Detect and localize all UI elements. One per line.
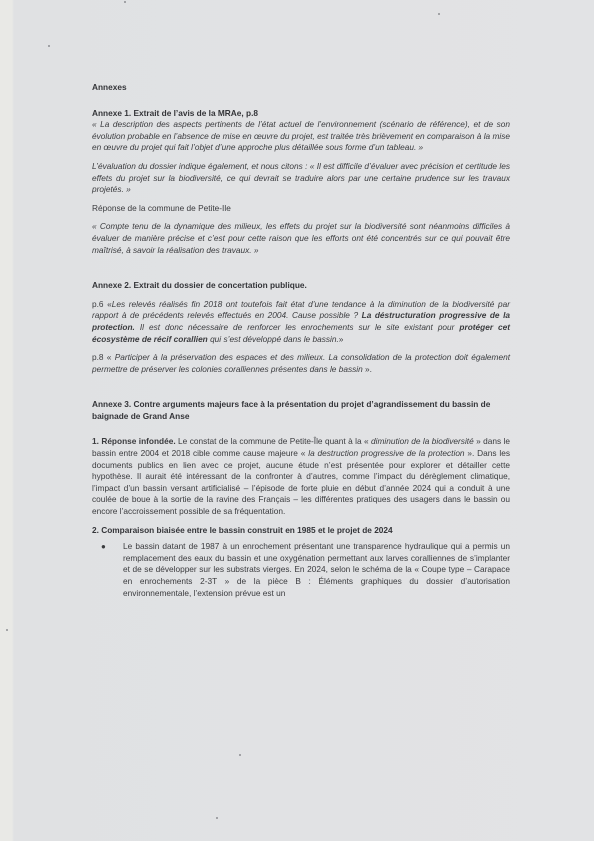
annexe1-quote1: « La description des aspects pertinents …	[92, 119, 510, 154]
annexe2-p8: p.8 « Participer à la préservation des e…	[92, 352, 510, 375]
point1-italic1: diminution de la biodiversité	[371, 436, 474, 446]
scanned-page: Annexes Annexe 1. Extrait de l’avis de l…	[0, 0, 594, 841]
page-title: Annexes	[92, 82, 510, 94]
annexe3-heading: Annexe 3. Contre arguments majeurs face …	[92, 399, 510, 422]
point1-label: 1. Réponse infondée.	[92, 436, 176, 446]
annexe2-p6-prefix: p.6 «	[92, 299, 112, 309]
annexe1-quote2: L’évaluation du dossier indique égalemen…	[92, 161, 510, 196]
scan-speck	[216, 817, 218, 819]
point2-heading: 2. Comparaison biaisée entre le bassin c…	[92, 525, 510, 537]
annexe1-response-label: Réponse de la commune de Petite-Ile	[92, 203, 510, 215]
point1-text3: ». Dans les documents publics en lien av…	[92, 448, 510, 516]
annexe1-response-quote: « Compte tenu de la dynamique des milieu…	[92, 221, 510, 256]
annexe1-heading: Annexe 1. Extrait de l’avis de la MRAe, …	[92, 108, 510, 120]
annexe3-point1: 1. Réponse infondée. Le constat de la co…	[92, 436, 510, 517]
annexe2-p8-suffix: ».	[363, 364, 372, 374]
point1-text1: Le constat de la commune de Petite-Île q…	[176, 436, 371, 446]
annexe2-p8-prefix: p.8 «	[92, 352, 115, 362]
point2-bullet-text: Le bassin datant de 1987 à un enrochemen…	[123, 541, 510, 599]
scan-speck	[239, 754, 241, 756]
annexe2-heading: Annexe 2. Extrait du dossier de concerta…	[92, 280, 510, 292]
annexe2-p6-suffix: »	[339, 334, 344, 344]
bullet-icon: ●	[92, 541, 123, 599]
annexe2-p6-text2: Il est donc nécessaire de renforcer les …	[135, 322, 460, 332]
scan-speck	[124, 1, 126, 3]
annexe2-p6-text3: qui s’est développé dans le bassin.	[208, 334, 339, 344]
annexe2-p8-text: Participer à la préservation des espaces…	[92, 352, 510, 374]
point1-italic2: la destruction progressive de la protect…	[308, 448, 464, 458]
point2-bullet-item: ● Le bassin datant de 1987 à un enrochem…	[92, 541, 510, 599]
scan-speck	[48, 45, 50, 47]
annexe2-p6: p.6 «Les relevés réalisés fin 2018 ont t…	[92, 299, 510, 345]
scan-speck	[438, 13, 440, 15]
scan-speck	[6, 629, 8, 631]
document-body: Annexes Annexe 1. Extrait de l’avis de l…	[92, 82, 510, 599]
